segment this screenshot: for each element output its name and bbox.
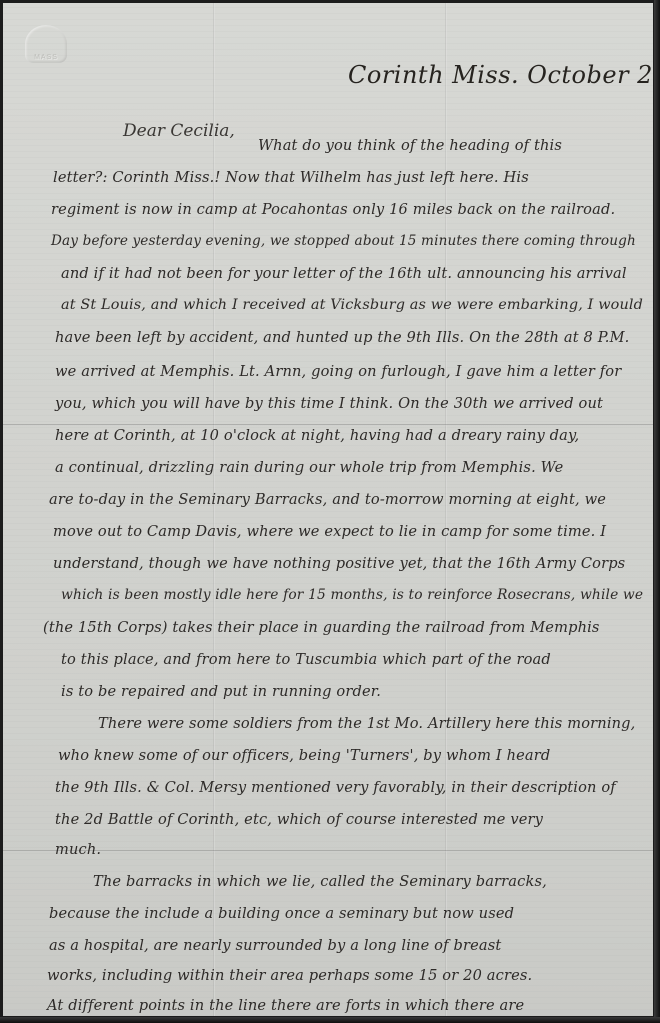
letter-line: who knew some of our officers, being 'Tu… [58, 747, 550, 764]
letter-line: which is been mostly idle here for 15 mo… [61, 587, 643, 603]
letter-line: have been left by accident, and hunted u… [55, 329, 629, 346]
letter-line: a continual, drizzling rain during our w… [55, 459, 563, 476]
letter-line: The barracks in which we lie, called the… [93, 873, 547, 890]
vertical-fold-line [213, 3, 215, 1016]
letter-line: you, which you will have by this time I … [55, 395, 603, 412]
dateline: Corinth Miss. October 2. 1863. [348, 61, 653, 89]
scan-edge-bottom [0, 1017, 660, 1023]
letter-line: At different points in the line there ar… [47, 997, 524, 1014]
salutation: Dear Cecilia, [123, 121, 235, 141]
letter-line: (the 15th Corps) takes their place in gu… [43, 619, 600, 636]
letter-line: understand, though we have nothing posit… [53, 555, 625, 572]
letter-line: the 9th Ills. & Col. Mersy mentioned ver… [55, 779, 616, 796]
letter-line: at St Louis, and which I received at Vic… [61, 297, 643, 313]
letter-line: regiment is now in camp at Pocahontas on… [51, 201, 615, 218]
letter-line: to this place, and from here to Tuscumbi… [61, 651, 551, 668]
embossed-stamp-icon: MASS [25, 25, 67, 63]
letter-line: and if it had not been for your letter o… [61, 265, 627, 282]
letter-page: MASS Corinth Miss. October 2. 1863. Dear… [3, 3, 653, 1016]
vertical-fold-line [445, 3, 447, 1016]
letter-line: Day before yesterday evening, we stopped… [51, 233, 636, 249]
letter-line: letter?: Corinth Miss.! Now that Wilhelm… [53, 169, 529, 186]
letter-line: much. [55, 841, 101, 858]
letter-line: are to-day in the Seminary Barracks, and… [49, 491, 606, 508]
emboss-stamp-label: MASS [25, 54, 67, 61]
letter-line: here at Corinth, at 10 o'clock at night,… [55, 427, 579, 444]
letter-line: There were some soldiers from the 1st Mo… [98, 715, 635, 732]
letter-line: as a hospital, are nearly surrounded by … [49, 937, 501, 954]
letter-line: we arrived at Memphis. Lt. Arnn, going o… [55, 363, 621, 380]
letter-line: move out to Camp Davis, where we expect … [53, 523, 606, 540]
letter-line: is to be repaired and put in running ord… [61, 683, 381, 700]
scan-edge-right [654, 0, 660, 1023]
letter-line: works, including within their area perha… [47, 967, 532, 984]
letter-line: the 2d Battle of Corinth, etc, which of … [55, 811, 543, 828]
letter-line: because the include a building once a se… [49, 905, 514, 922]
letter-line: What do you think of the heading of this [258, 137, 562, 154]
horizontal-fold-line [3, 424, 653, 426]
